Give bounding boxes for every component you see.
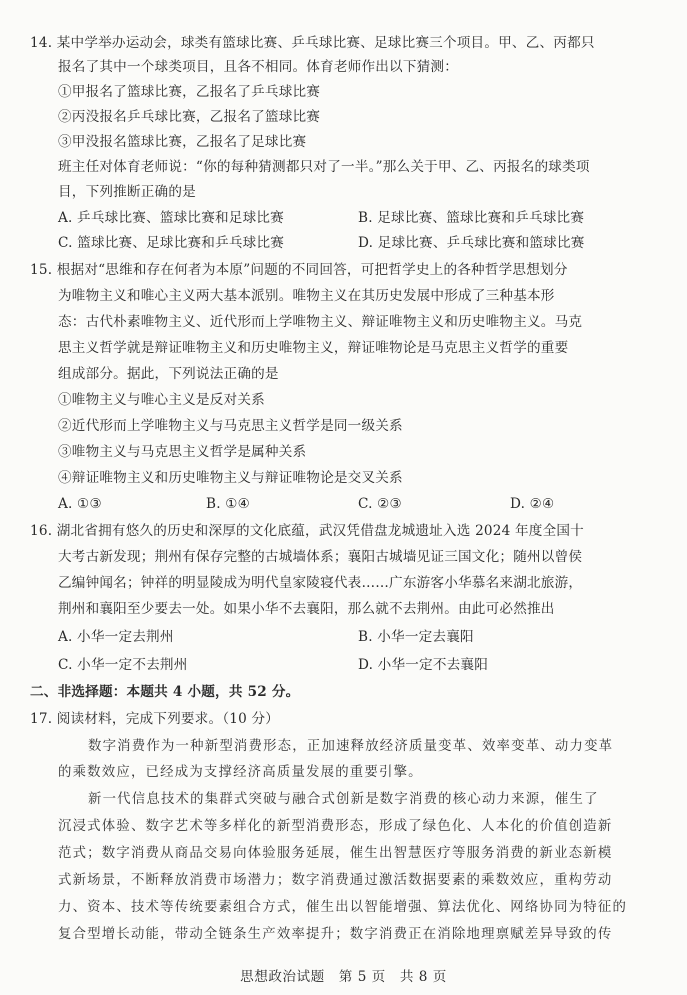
question-16-option-c: C. 小华一定不去荆州	[58, 656, 188, 674]
question-14-stem-line: 14. 某中学举办运动会，球类有篮球比赛、乒乓球比赛、足球比赛三个项目。甲、乙、…	[30, 34, 595, 52]
question-14-guess-3: ③甲没报名篮球比赛，乙报名了足球比赛	[58, 133, 306, 151]
question-14-option-b: B. 足球比赛、篮球比赛和乒乓球比赛	[358, 209, 584, 227]
question-15-statement-2: ②近代形而上学唯物主义与马克思主义哲学是同一级关系	[58, 417, 403, 435]
question-17-material-line: 复合型增长动能，带动全链条生产效率提升；数字消费正在消除地理禀赋差异导致的传	[58, 926, 612, 944]
question-17-material-line: 数字消费作为一种新型消费形态，正加速释放经济质量变革、效率变革、动力变革	[88, 738, 613, 756]
question-17-material-line: 的乘数效应，已经成为支撑经济高质量发展的重要引擎。	[58, 764, 423, 782]
question-15-statement-4: ④辩证唯物主义和历史唯物主义与辩证唯物论是交叉关系	[58, 469, 403, 487]
question-17-material-line: 式新场景，不断释放消费市场潜力；数字消费通过激活数据要素的乘数效应，重构劳动	[58, 872, 612, 890]
question-14-stem-line: 报名了其中一个球类项目，且各不相同。体育老师作出以下猜测：	[58, 58, 458, 76]
question-15-stem-line: 为唯物主义和唯心主义两大基本派别。唯物主义在其历史发展中形成了三种基本形	[58, 287, 555, 305]
question-16-option-d: D. 小华一定不去襄阳	[358, 656, 488, 674]
question-16-option-b: B. 小华一定去襄阳	[358, 628, 474, 646]
question-15-stem-line: 组成部分。据此，下列说法正确的是	[58, 365, 279, 383]
question-14-stem-line: 目，下列推断正确的是	[58, 183, 196, 201]
question-17-material-line: 力、资本、技术等传统要素组合方式，催生出以智能增强、算法优化、网络协同为特征的	[58, 899, 627, 917]
question-14-option-d: D. 足球比赛、乒乓球比赛和篮球比赛	[358, 234, 585, 252]
question-16-stem-line: 大考古新发现；荆州有保存完整的古城墙体系；襄阳古城墙见证三国文化；随州以曾侯	[58, 548, 582, 566]
page-footer: 思想政治试题 第 5 页 共 8 页	[0, 965, 687, 985]
question-16-stem-line: 荆州和襄阳至少要去一处。如果小华不去襄阳，那么就不去荆州。由此可必然推出	[58, 600, 555, 618]
question-17-material-line: 沉浸式体验、数字艺术等多样化的新型消费形态，形成了绿色化、人本化的价值创造新	[58, 818, 612, 836]
question-15-option-d: D. ②④	[510, 495, 554, 513]
section-heading: 二、非选择题：本题共 4 小题，共 52 分。	[30, 683, 299, 701]
question-15-stem-line: 思主义哲学就是辩证唯物主义和历史唯物主义，辩证唯物论是马克思主义哲学的重要	[58, 339, 568, 357]
question-16-stem-line: 乙编钟闻名；钟祥的明显陵成为明代皇家陵寝代表……广东游客小华慕名来湖北旅游，	[58, 574, 582, 592]
question-14-guess-1: ①甲报名了篮球比赛，乙报名了乒乓球比赛	[58, 83, 320, 101]
question-15-stem-line: 态：古代朴素唯物主义、近代形而上学唯物主义、辩证唯物主义和历史唯物主义。马克	[58, 313, 582, 331]
question-14-option-c: C. 篮球比赛、足球比赛和乒乓球比赛	[58, 234, 284, 252]
question-17-material-line: 新一代信息技术的集群式突破与融合式创新是数字消费的核心动力来源，催生了	[88, 791, 599, 809]
question-15-statement-1: ①唯物主义与唯心主义是反对关系	[58, 391, 265, 409]
question-15-stem-line: 15. 根据对“思维和存在何者为本原”问题的不同回答，可把哲学史上的各种哲学思想…	[30, 261, 568, 279]
question-14-guess-2: ②丙没报名乒乓球比赛，乙报名了篮球比赛	[58, 108, 320, 126]
question-16-option-a: A. 小华一定去荆州	[58, 628, 174, 646]
question-15-option-c: C. ②③	[358, 495, 402, 513]
question-16-stem-line: 16. 湖北省拥有悠久的历史和深厚的文化底蕴，武汉凭借盘龙城遗址入选 2024 …	[30, 522, 584, 540]
question-14-option-a: A. 乒乓球比赛、篮球比赛和足球比赛	[58, 209, 284, 227]
question-15-statement-3: ③唯物主义与马克思主义哲学是属种关系	[58, 443, 306, 461]
question-17-material-line: 范式；数字消费从商品交易向体验服务延展，催生出智慧医疗等服务消费的新业态新模	[58, 845, 612, 863]
question-17-heading: 17. 阅读材料，完成下列要求。（10 分）	[30, 710, 279, 728]
question-15-option-b: B. ①④	[206, 495, 250, 513]
question-15-option-a: A. ①③	[58, 495, 102, 513]
question-14-stem-line: 班主任对体育老师说：“你的每种猜测都只对了一半。”那么关于甲、乙、丙报名的球类项	[58, 158, 590, 176]
